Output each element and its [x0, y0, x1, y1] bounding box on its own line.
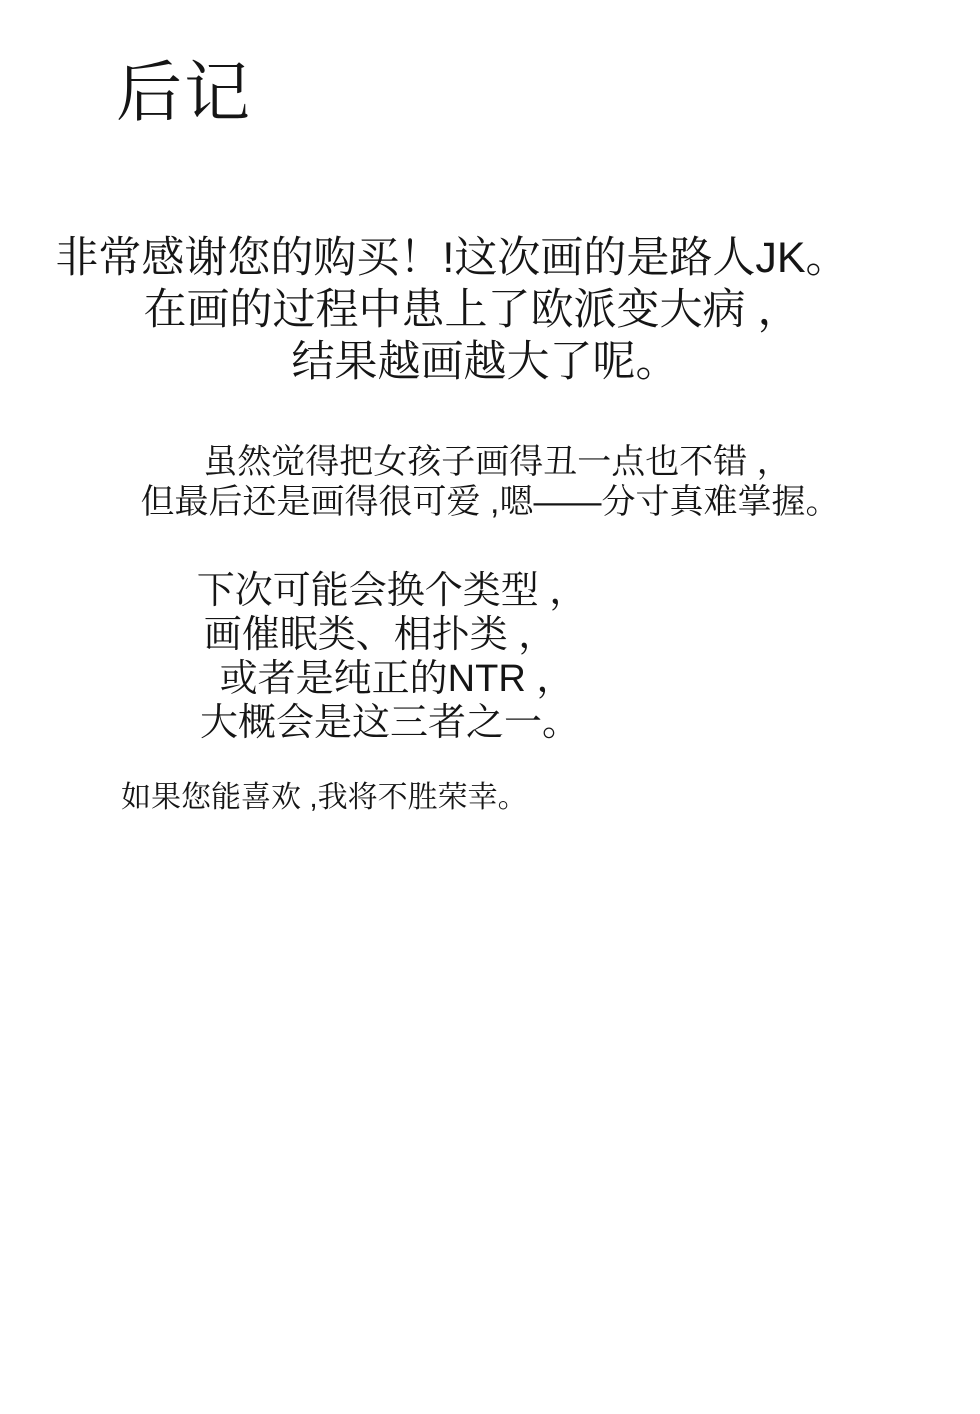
- paragraph-drawing-cute: 虽然觉得把女孩子画得丑一点也不错 ， 但最后还是画得很可爱 ,嗯——分寸真难掌握…: [0, 442, 980, 522]
- text-line: 大概会是这三者之一。: [0, 701, 880, 745]
- text-line: 下次可能会换个类型 ，: [0, 569, 882, 613]
- text-line: 但最后还是画得很可爱 ,嗯——分寸真难掌握。: [0, 482, 980, 522]
- closing-line: 如果您能喜欢 ,我将不胜荣幸。: [121, 780, 528, 816]
- text-line: 或者是纯正的NTR ，: [0, 657, 887, 701]
- afterword-page: 后记 非常感谢您的购买！!这次画的是路人JK。 在画的过程中患上了欧派变大病 ，…: [0, 0, 980, 1414]
- text-line: 在画的过程中患上了欧派变大病 ，: [0, 284, 962, 336]
- text-line: 非常感谢您的购买！!这次画的是路人JK。: [0, 232, 942, 284]
- paragraph-thanks: 非常感谢您的购买！!这次画的是路人JK。 在画的过程中患上了欧派变大病 ， 结果…: [0, 232, 980, 388]
- text-line: 虽然觉得把女孩子画得丑一点也不错 ，: [7, 442, 980, 482]
- text-line: 画催眠类、相扑类 ，: [0, 613, 870, 657]
- page-title: 后记: [116, 54, 252, 130]
- paragraph-next-works: 下次可能会换个类型 ， 画催眠类、相扑类 ， 或者是纯正的NTR ， 大概会是这…: [0, 569, 980, 745]
- text-line: 结果越画越大了呢。: [0, 336, 975, 388]
